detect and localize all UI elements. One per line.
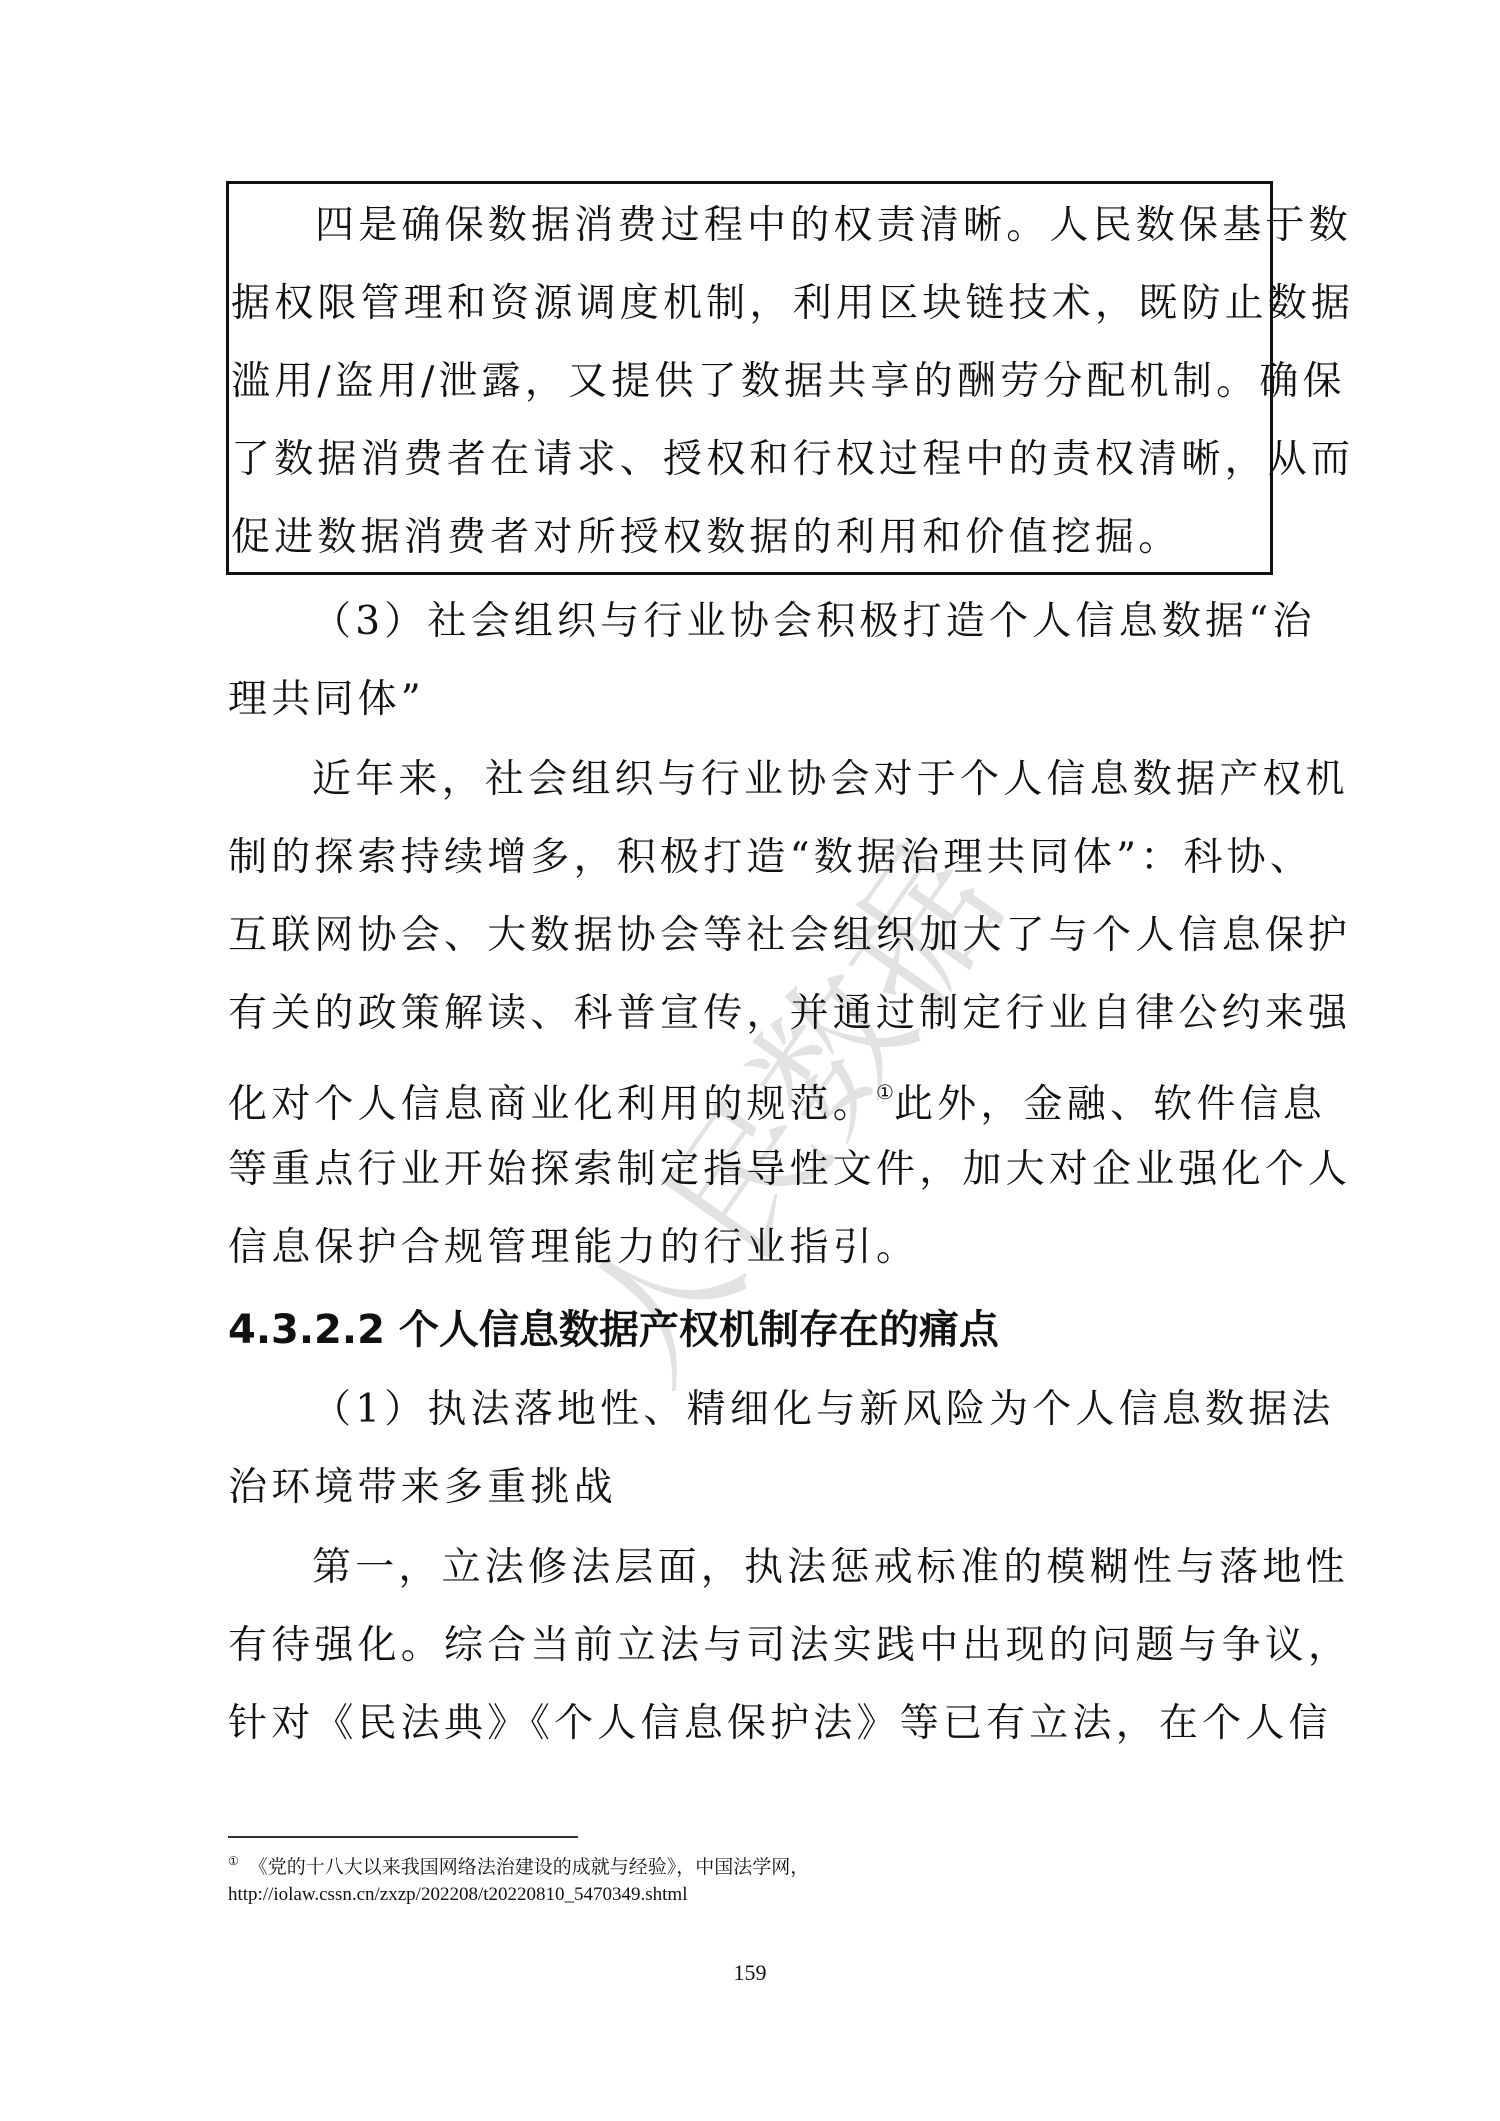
footnote-ref[interactable]: ① [876,1080,894,1104]
box-line: 据权限管理和资源调度机制，利用区块链技术，既防止数据 [231,264,1271,344]
paragraph-line: 针对《民法典》《个人信息保护法》等已有立法，在个人信 [228,1684,1276,1764]
box-line: 滥用/盗用/泄露，又提供了数据共享的酬劳分配机制。确保 [231,342,1271,422]
page-number: 159 [0,1960,1500,1986]
paragraph-line: 近年来，社会组织与行业协会对于个人信息数据产权机 [228,740,1276,820]
paragraph-line: 互联网协会、大数据协会等社会组织加大了与个人信息保护 [228,896,1276,976]
footnote-citation: 《党的十八大以来我国网络法治建设的成就与经验》，中国法学网， [249,1857,810,1878]
paragraph-line: 制的探索持续增多，积极打造“数据治理共同体”：科协、 [228,818,1276,898]
footnote-line-1: ①《党的十八大以来我国网络法治建设的成就与经验》，中国法学网， [228,1852,809,1879]
paragraph-line: 有关的政策解读、科普宣传，并通过制定行业自律公约来强 [228,974,1276,1054]
subheading-line: 治环境带来多重挑战 [228,1448,1276,1528]
paragraph-line: 第一，立法修法层面，执法惩戒标准的模糊性与落地性 [228,1528,1276,1608]
text-segment: 化对个人信息商业化利用的规范。 [228,1082,876,1127]
subheading-line: 理共同体” [228,660,1276,740]
paragraph-line: 有待强化。综合当前立法与司法实践中出现的问题与争议， [228,1606,1276,1686]
box-line: 四是确保数据消费过程中的权责清晰。人民数保基于数 [231,186,1271,266]
document-page: 人民数据 四是确保数据消费过程中的权责清晰。人民数保基于数 据权限管理和资源调度… [0,0,1500,2121]
footnote-divider [228,1836,578,1838]
paragraph-line: 信息保护合规管理能力的行业指引。 [228,1208,1276,1288]
paragraph-line: 等重点行业开始探索制定指导性文件，加大对企业强化个人 [228,1130,1276,1210]
paragraph-line: 化对个人信息商业化利用的规范。①此外，金融、软件信息 [228,1052,1276,1132]
boxed-paragraph: 四是确保数据消费过程中的权责清晰。人民数保基于数 据权限管理和资源调度机制，利用… [226,181,1273,575]
box-line: 促进数据消费者对所授权数据的利用和价值挖掘。 [231,498,1271,578]
footnote-mark: ① [228,1854,239,1868]
footnote-url[interactable]: http://iolaw.cssn.cn/zxzp/202208/t202208… [228,1884,688,1906]
subheading-line: （1）执法落地性、精细化与新风险为个人信息数据法 [228,1370,1276,1450]
subheading-line: （3）社会组织与行业协会积极打造个人信息数据“治 [228,582,1276,662]
box-line: 了数据消费者在请求、授权和行权过程中的责权清晰，从而 [231,420,1271,500]
text-segment: 此外，金融、软件信息 [894,1082,1326,1127]
section-heading: 4.3.2.2 个人信息数据产权机制存在的痛点 [228,1294,999,1366]
